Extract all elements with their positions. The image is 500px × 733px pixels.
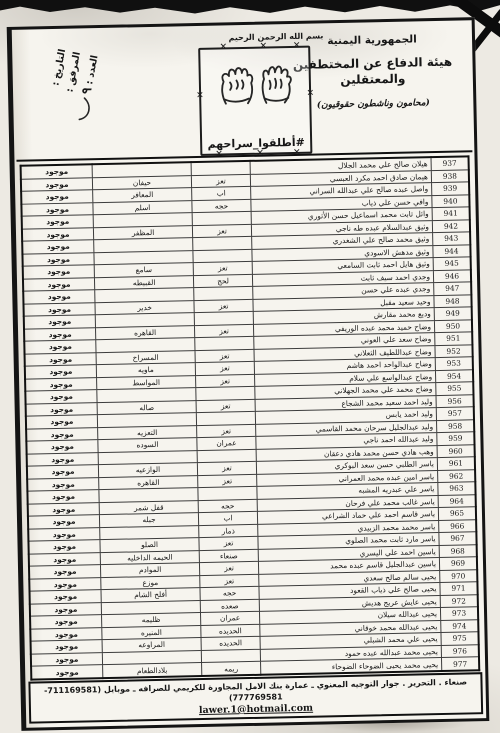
cell-no: 969	[439, 557, 477, 570]
cell-status: موجود	[31, 665, 103, 680]
cell-no: 937	[431, 156, 469, 170]
cell-gov: صنعاء	[199, 549, 258, 563]
cell-gov	[191, 161, 250, 175]
scanned-document: { "page": { "bismillah": "بسم الله الرحم…	[0, 0, 500, 733]
cell-gov: تعز	[195, 349, 254, 363]
detainees-table-body: 937هيلان صالح علي محمد الجلالموجود938هيم…	[21, 156, 480, 679]
cell-no: 942	[432, 219, 470, 232]
document-page: الجمهورية اليمنية هيئة الدفاع عن المختطف…	[7, 17, 490, 731]
cell-no: 973	[440, 607, 478, 620]
handwritten-stroke	[77, 97, 93, 123]
cell-no: 964	[438, 494, 476, 507]
cell-gov: الحديده	[201, 624, 260, 638]
footer-contact-box: صنعاء . التحرير . جوار التوجيه المعنوي ـ…	[28, 672, 483, 723]
cell-no: 972	[440, 594, 478, 607]
cell-no: 957	[436, 407, 474, 420]
barb-icon: ✕	[293, 42, 301, 51]
cell-no: 939	[432, 182, 470, 195]
cell-no: 953	[435, 357, 473, 370]
cell-no: 961	[437, 457, 475, 470]
scan-torn-edge	[0, 0, 500, 15]
cell-name: يحيى محمد يحيى الضوحاء الضوحاء	[261, 658, 442, 675]
cell-no: 943	[433, 232, 471, 245]
cell-no: 941	[432, 207, 470, 220]
number-label: العدد :	[85, 54, 101, 85]
cell-gov	[198, 486, 257, 500]
detainees-table: 937هيلان صالح علي محمد الجلالموجود938هيم…	[20, 155, 481, 680]
cell-no: 944	[433, 244, 471, 257]
cell-gov: تعز	[199, 561, 258, 575]
cell-no: 947	[434, 282, 472, 295]
cell-no: 955	[436, 382, 474, 395]
cell-no: 963	[438, 482, 476, 495]
cell-no: 954	[435, 369, 473, 382]
raised-fists-icon	[208, 52, 301, 116]
cell-no: 960	[437, 444, 475, 457]
cell-no: 977	[441, 657, 479, 671]
organization-line2: والمعتقلين	[285, 70, 461, 90]
barb-icon: ✕	[220, 43, 228, 52]
handwritten-number: ٩	[80, 86, 96, 96]
cell-no: 959	[437, 432, 475, 445]
cell-gov: الحديده	[201, 636, 260, 650]
cell-no: 971	[440, 582, 478, 595]
cell-no: 956	[436, 394, 474, 407]
barb-icon: ✕	[196, 91, 204, 100]
cell-no: 967	[439, 532, 477, 545]
cell-no: 952	[435, 344, 473, 357]
cell-gov: تعز	[197, 424, 256, 438]
cell-gov: ريمه	[202, 661, 261, 676]
cell-gov	[195, 336, 254, 350]
barb-icon: ✕	[307, 89, 315, 98]
cell-no: 965	[438, 507, 476, 520]
cell-no: 976	[441, 644, 479, 657]
barb-icon: ✕	[259, 43, 267, 52]
organization-subtitle: (محامون وناشطون حقوقيون)	[285, 98, 461, 112]
cell-no: 966	[439, 519, 477, 532]
cell-no: 970	[440, 569, 478, 582]
cell-no: 949	[434, 307, 472, 320]
cell-no: 974	[441, 619, 479, 632]
cell-no: 938	[431, 169, 469, 182]
cell-gov: تعز	[193, 261, 252, 275]
campaign-logo: ✕ ✕ ✕ ✕ ✕ ✕ ✕ ✕ #أطلقوا_سراحهم	[198, 46, 312, 156]
cell-no: 951	[435, 332, 473, 345]
cell-no: 968	[439, 544, 477, 557]
cell-no: 940	[432, 194, 470, 207]
cell-no: 975	[441, 632, 479, 645]
cell-gov: اب	[192, 186, 251, 200]
cell-no: 958	[437, 419, 475, 432]
release-hashtag: #أطلقوا_سراحهم	[202, 136, 310, 151]
detainees-list: 937هيلان صالح علي محمد الجلالموجود938هيم…	[20, 155, 481, 680]
cell-no: 948	[434, 294, 472, 307]
cell-no: 946	[433, 269, 471, 282]
cell-gov	[196, 411, 255, 425]
cell-no: 945	[433, 257, 471, 270]
cell-gov: حجه	[192, 199, 251, 213]
cell-gov: لحج	[193, 274, 252, 288]
document-meta: التاريخ : المرفق : العدد : ٩	[34, 48, 105, 175]
cell-gov: تعز	[198, 474, 257, 488]
cell-no: 962	[438, 469, 476, 482]
cell-district: بلادالطعام	[103, 663, 202, 679]
cell-no: 950	[434, 319, 472, 332]
